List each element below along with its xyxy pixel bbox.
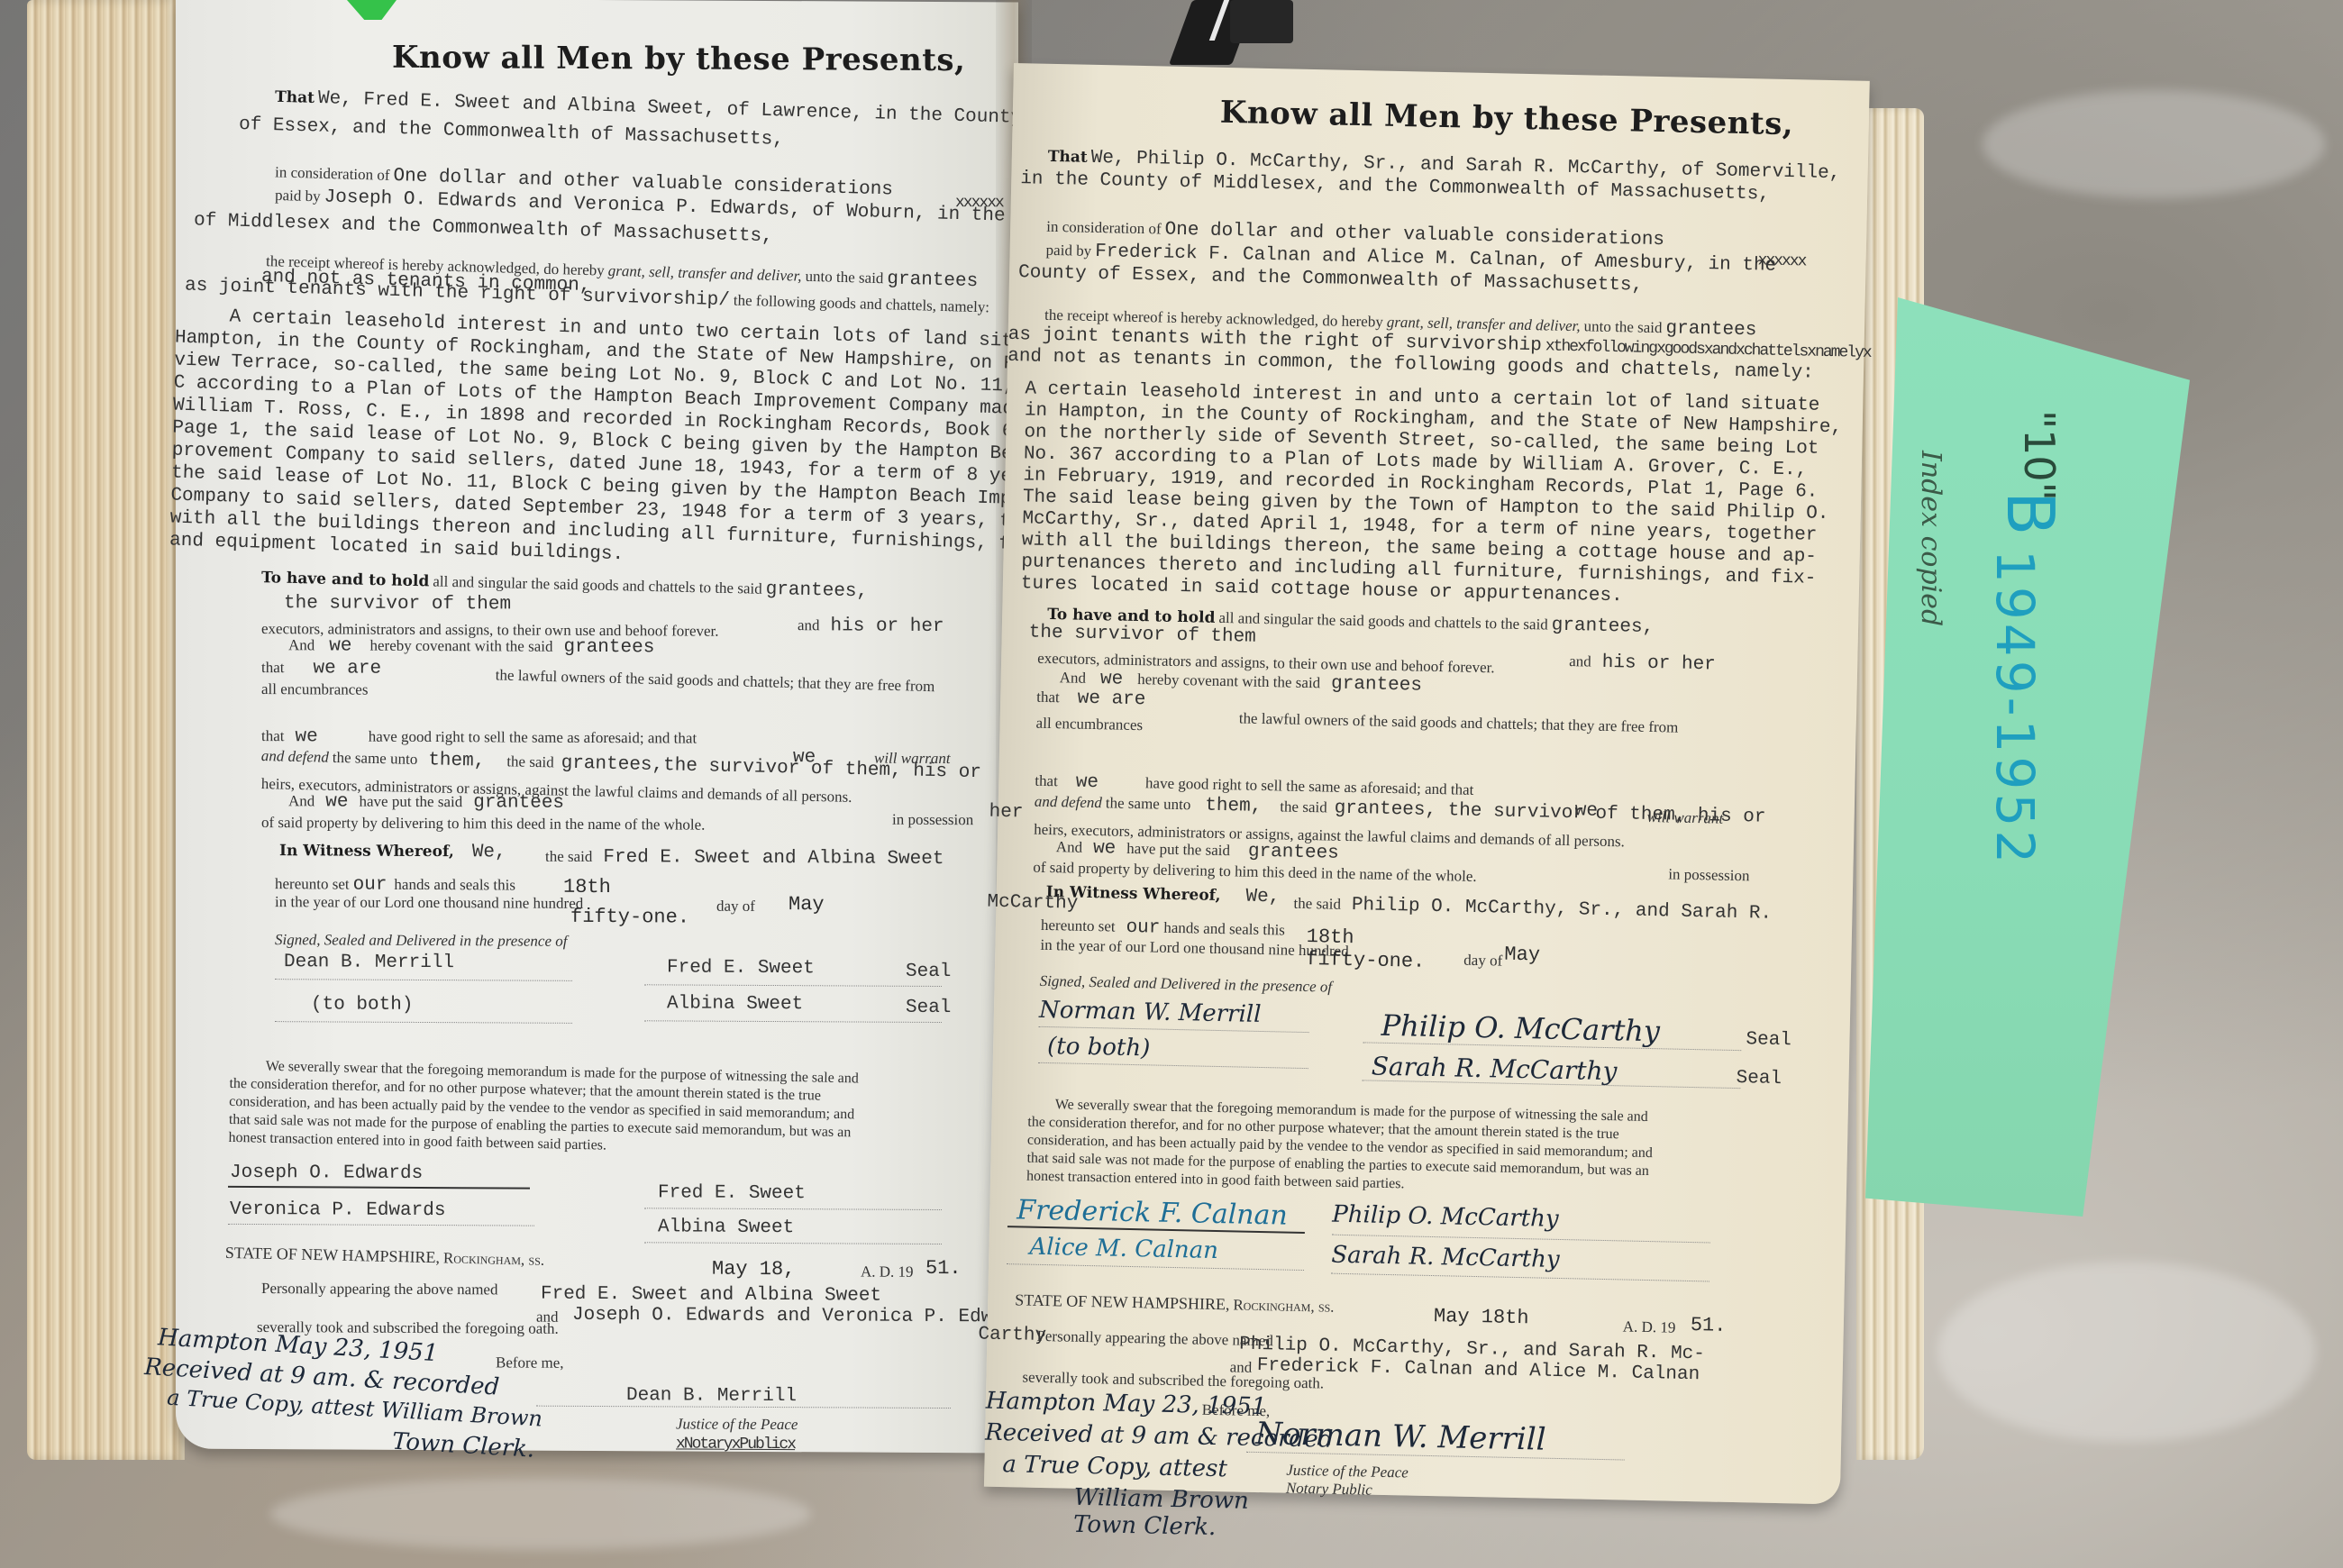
in-possession: in possession — [1668, 865, 1750, 885]
binder-clip — [1181, 0, 1307, 63]
receipt-tail: unto the said — [805, 268, 883, 287]
signature-line — [1331, 1273, 1709, 1282]
good-right-text: have good right to sell the same as afor… — [369, 728, 697, 747]
put-line: And we have put the said grantees — [288, 791, 564, 814]
witness-label: In Witness Whereof, — [279, 842, 454, 861]
signature-line — [275, 979, 572, 981]
day-of: day of — [716, 898, 755, 916]
personally-text: Personally appearing the above named — [261, 1280, 497, 1299]
put-text: have put the said — [360, 793, 463, 811]
margin-her: her — [989, 802, 1023, 824]
signature-line — [644, 984, 942, 987]
signature-line — [1038, 1062, 1308, 1069]
marble-vein — [1937, 1262, 2316, 1442]
signature-underline — [228, 1186, 530, 1190]
signed-sealed: Signed, Sealed and Delivered in the pres… — [275, 931, 567, 951]
paid-by-label: paid by — [1045, 242, 1091, 260]
receipt-tail: unto the said — [1583, 317, 1662, 336]
habendum-label: To have and to hold — [261, 569, 430, 590]
covenant-grantees: grantees — [1331, 674, 1422, 697]
deed-heading: Know all Men by these Presents, — [392, 40, 965, 78]
put-we: we — [325, 791, 348, 812]
ad-year: 51. — [1691, 1314, 1727, 1337]
that-label: that — [1036, 688, 1060, 707]
justice-title: Justice of the Peace — [1286, 1462, 1409, 1482]
that-label: that — [261, 659, 285, 676]
signature-line — [644, 1242, 942, 1244]
oath-signature-right-1: Philip O. McCarthy — [1332, 1201, 1559, 1233]
covenant-we: we — [1100, 669, 1124, 690]
seal-label: Seal — [906, 998, 951, 1018]
receipt-italic: grant, sell, transfer and deliver, — [608, 262, 802, 285]
witness-names-line: the said Fred E. Sweet and Albina Sweet — [545, 847, 944, 870]
county-label: Rockingham, ss. — [1233, 1296, 1334, 1315]
put-grantees: grantees — [1248, 842, 1339, 864]
and-his-or-her: and his or her — [798, 615, 944, 637]
ad-label: A. D. 19 — [861, 1263, 914, 1281]
handwritten-recording-1: Hampton May 23, 1951 — [986, 1388, 1267, 1421]
lawful-owners: the lawful owners of the said goods and … — [1239, 709, 1679, 736]
sticky-letter: B — [1992, 491, 2068, 535]
memorandum-block: We severally swear that the foregoing me… — [1026, 1096, 1654, 1199]
day-of: day of — [1463, 952, 1502, 971]
and-label: and — [1569, 652, 1591, 670]
witness-we: We, — [1245, 887, 1280, 908]
signature-line — [1039, 1026, 1309, 1033]
personally-text: Personally appearing the above named — [1036, 1327, 1273, 1350]
covenant-and: And — [288, 636, 315, 653]
state-date: May 18, — [712, 1258, 795, 1281]
hereunto-set: hereunto set — [275, 875, 350, 892]
covenant-line: And we hereby covenant with the said gra… — [288, 635, 654, 658]
receipt-italic: grant, sell, transfer and deliver, — [1387, 314, 1581, 334]
signer-2: Albina Sweet — [667, 993, 803, 1015]
that-we-are: that we are — [1036, 688, 1146, 711]
put-and: And — [1056, 838, 1083, 856]
defend-grantees: grantees, the survivor of them, his or — [1334, 798, 1765, 828]
we-are: we are — [314, 658, 382, 679]
ad-label: A. D. 19 — [1623, 1317, 1676, 1336]
signer-1: Fred E. Sweet — [667, 957, 815, 979]
oath-signature-left-2: Alice M. Calnan — [1029, 1234, 1218, 1264]
county-label: Rockingham, ss. — [443, 1249, 544, 1269]
that2-label: that — [261, 727, 285, 744]
to-both: (to both) — [1047, 1033, 1151, 1062]
year-value: fifty-one. — [570, 906, 689, 929]
year-text: in the year of our Lord one thousand nin… — [275, 893, 583, 913]
state-line: STATE OF NEW HAMPSHIRE, Rockingham, ss. — [1015, 1290, 1335, 1316]
left-page-stack-edge — [27, 0, 185, 1460]
personally-names-2: Joseph O. Edwards and Veronica P. Edward… — [572, 1305, 1038, 1328]
to-both: (to both) — [311, 994, 413, 1016]
signature-line — [536, 1406, 951, 1408]
justice-title: Justice of the Peace — [676, 1415, 798, 1434]
seal-label: Seal — [1746, 1029, 1791, 1051]
witness-we: We, — [472, 842, 506, 862]
defend-italic: and defend — [1035, 793, 1102, 812]
signature-line — [228, 1224, 534, 1226]
paid-by-label: paid by — [275, 187, 321, 205]
property-description: A certain leasehold interest in and unto… — [1021, 378, 1843, 612]
witness-said: the said — [545, 848, 592, 865]
all-encumbrances: all encumbrances — [1035, 715, 1143, 734]
right-deed-page: Know all Men by these Presents, That We,… — [984, 63, 1870, 1505]
signature-line — [644, 1208, 942, 1210]
consideration-label: in consideration of — [1046, 218, 1162, 238]
signed-sealed: Signed, Sealed and Delivered in the pres… — [1039, 972, 1332, 997]
oath-signer-left-1: Joseph O. Edwards — [230, 1162, 423, 1184]
year-text: in the year of our Lord one thousand nin… — [1040, 936, 1349, 961]
handwritten-recording-3: a True Copy, attest — [1002, 1451, 1227, 1482]
notary-struck: xNotaryxPublicx — [676, 1435, 795, 1454]
put-we: we — [1093, 838, 1117, 860]
that2-label: that — [1035, 772, 1058, 790]
state-label: STATE OF NEW HAMPSHIRE, — [1015, 1290, 1230, 1313]
consideration-label: in consideration of — [275, 163, 390, 184]
that2-we: we — [296, 726, 318, 747]
his-or-her: his or her — [831, 615, 944, 637]
that-label: That — [275, 88, 315, 107]
state-date: May 18th — [1434, 1305, 1529, 1329]
witness-signature: Norman W. Merrill — [1039, 997, 1262, 1028]
signature-line — [1007, 1263, 1304, 1271]
oath-signature-right-2: Sarah R. McCarthy — [1331, 1242, 1560, 1273]
handwritten-recording-5: Town Clerk. — [1073, 1511, 1217, 1541]
survivor-text: the survivor of them — [1029, 622, 1256, 647]
our: our — [1126, 917, 1160, 939]
deed-heading: Know all Men by these Presents, — [1219, 95, 1793, 142]
hands-seals: hands and seals this — [1163, 919, 1285, 939]
oath-signer-left-2: Veronica P. Edwards — [230, 1199, 445, 1221]
covenant-and: And — [1060, 669, 1087, 687]
notary-title: Notary Public — [1286, 1480, 1372, 1500]
signature-line — [644, 1020, 942, 1023]
year-value: fifty-one. — [1306, 948, 1426, 973]
month: May — [789, 893, 825, 916]
before-me: Before me, — [496, 1354, 564, 1372]
signature-line — [275, 1021, 572, 1024]
defend-said: the said — [506, 752, 554, 770]
all-encumbrances: all encumbrances — [261, 680, 368, 699]
seal-label: Seal — [906, 962, 951, 982]
that-we-are: that we are — [261, 658, 381, 679]
state-line: STATE OF NEW HAMPSHIRE, Rockingham, ss. — [225, 1244, 545, 1270]
grantor-signature-1: Philip O. McCarthy — [1381, 1008, 1660, 1048]
receipt-grantees: grantees — [887, 269, 978, 292]
oath-signer-right-2: Albina Sweet — [658, 1217, 794, 1238]
witness-said: the said — [1293, 895, 1341, 913]
delivering-text: of said property by delivering to him th… — [261, 814, 705, 834]
witness-line: In Witness Whereof, We, — [279, 841, 506, 862]
sticky-quote-number: "10" — [2015, 410, 2064, 501]
justice-name: Dean B. Merrill — [626, 1385, 797, 1407]
witness-names-line: the said Philip O. McCarthy, Sr., and Sa… — [1293, 894, 1772, 925]
hands-seals: hands and seals this — [394, 876, 515, 894]
defend-them: them, — [428, 750, 485, 771]
handwritten-recording-4: William Brown — [1073, 1484, 1249, 1515]
habendum-grantees: grantees, — [1552, 615, 1655, 638]
we-are: we are — [1078, 688, 1146, 711]
put-text: have put the said — [1126, 840, 1230, 859]
following-goods: the following goods and chattels, namely… — [734, 291, 990, 315]
witness-names: Philip O. McCarthy, Sr., and Sarah R. — [1352, 895, 1773, 925]
witness-names: Fred E. Sweet and Albina Sweet — [603, 847, 944, 870]
habendum-grantees: grantees, — [765, 579, 868, 603]
sticky-years: 1949-1952 — [1984, 550, 2046, 867]
witness-line: In Witness Whereof, We, — [1045, 882, 1280, 907]
survivor-text: the survivor of them — [284, 593, 511, 615]
defend-text: the same unto — [1106, 794, 1191, 813]
marble-vein — [270, 1478, 811, 1550]
in-possession: in possession — [892, 811, 973, 829]
covenant-grantees: grantees — [564, 637, 655, 659]
and-his-or-her: and his or her — [1569, 652, 1716, 675]
seal-label: Seal — [1736, 1068, 1782, 1089]
handwritten-recording-4: Town Clerk. — [391, 1428, 535, 1463]
personally-names-1: Fred E. Sweet and Albina Sweet — [541, 1284, 881, 1307]
grantors-line-2: of Essex, and the Commonwealth of Massac… — [239, 114, 784, 150]
marble-vein — [1983, 90, 2325, 198]
state-label: STATE OF NEW HAMPSHIRE, — [225, 1244, 441, 1266]
covenant-text: hereby covenant with the said — [370, 637, 553, 655]
put-grantees: grantees — [473, 792, 564, 814]
covenant-text: hereby covenant with the said — [1137, 670, 1320, 691]
defend-italic: and defend — [261, 747, 329, 766]
his-or-her: his or her — [1602, 652, 1716, 676]
defend-text: the same unto — [333, 749, 418, 768]
memorandum-block: We severally swear that the foregoing me… — [228, 1057, 859, 1161]
good-right-line: that we have good right to sell the same… — [261, 726, 697, 750]
month: May — [1504, 944, 1540, 967]
property-description: A certain leasehold interest in and unto… — [169, 305, 1107, 581]
lawful-owners: the lawful owners of the said goods and … — [496, 666, 935, 696]
covenant-we: we — [329, 635, 351, 656]
witness-signer: Dean B. Merrill — [284, 952, 454, 973]
sticky-index-note: Index copied — [1915, 451, 1946, 626]
that2-we: we — [1076, 772, 1099, 794]
ad-year: 51. — [925, 1257, 962, 1280]
oath-signer-right-1: Fred E. Sweet — [658, 1182, 806, 1204]
hereunto-set: hereunto set — [1041, 916, 1116, 935]
defend-said: the said — [1280, 798, 1327, 816]
that-label: That — [1048, 148, 1088, 167]
delivering-text: of said property by delivering to him th… — [1033, 859, 1477, 886]
habendum-text: all and singular the said goods and chat… — [1218, 609, 1548, 634]
left-deed-page: Know all Men by these Presents, That We,… — [176, 0, 1018, 1453]
margin-mccarthy: McCarthy — [987, 892, 1078, 915]
defend-them: them, — [1205, 796, 1262, 817]
and-label: and — [798, 616, 820, 634]
put-and: And — [288, 792, 315, 809]
our: our — [353, 875, 387, 896]
